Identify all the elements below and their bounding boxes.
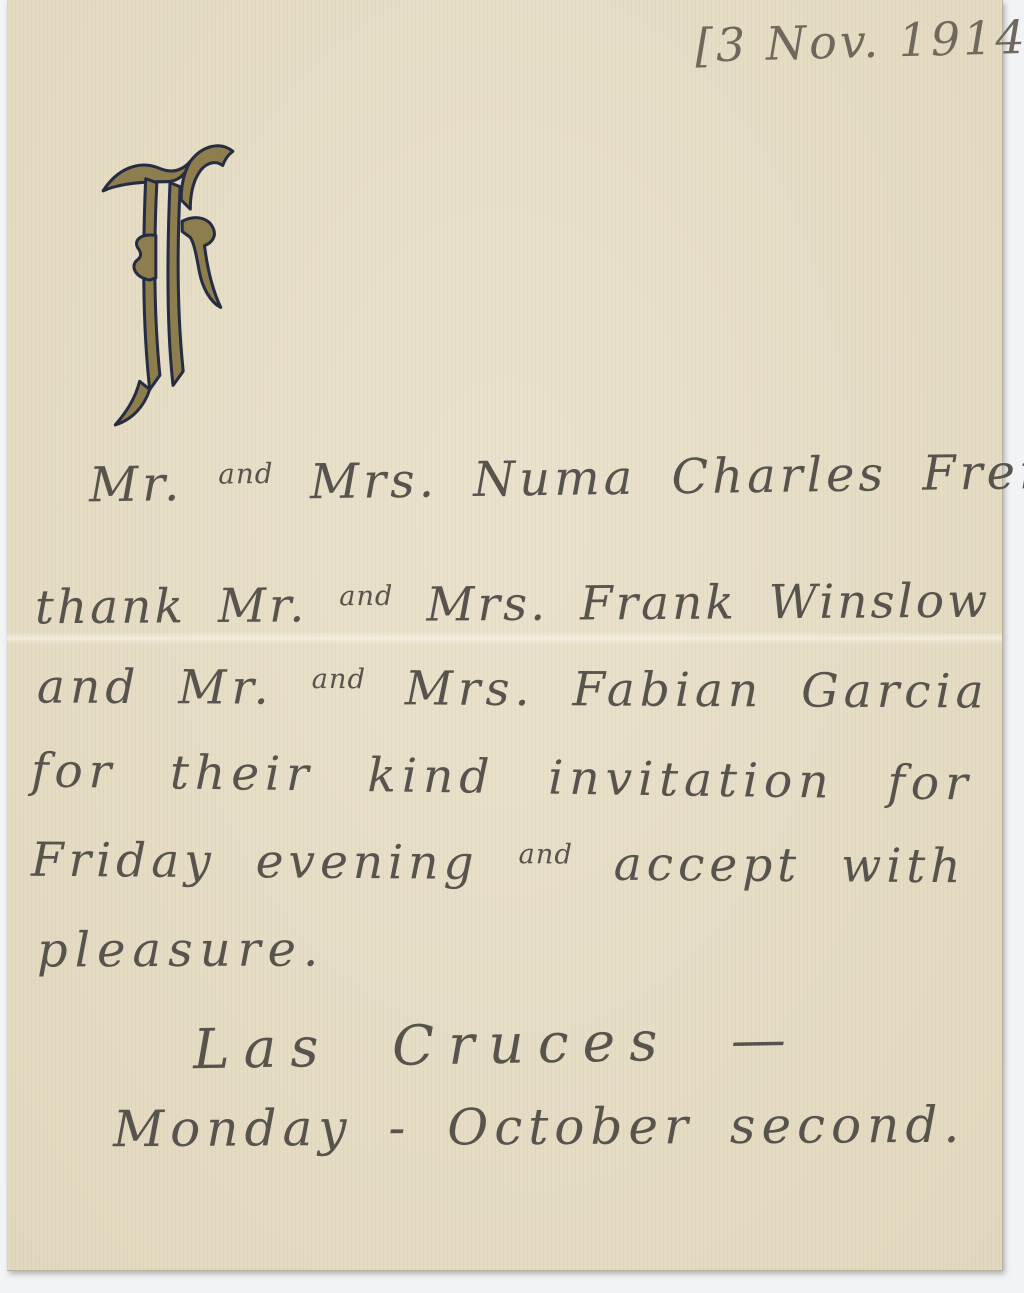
superscript-and: and — [312, 664, 366, 695]
monogram-top-hook-shape — [181, 146, 233, 209]
line-text: Mr. — [89, 456, 184, 513]
archival-date-annotation: [3 Nov. 1914] — [694, 9, 1024, 72]
letter-line: pleasure. — [37, 923, 325, 977]
line-text: for their kind invitation for — [31, 743, 974, 811]
line-text: Monday - October second. — [113, 1096, 966, 1158]
superscript-and: and — [218, 457, 274, 491]
line-text: and Mr. — [37, 660, 274, 716]
monogram-bottom-swash-shape — [115, 381, 149, 425]
line-text: Mrs. Frank Winslow Campbell — [426, 572, 1024, 633]
monogram-left-stem-shape — [144, 179, 160, 390]
superscript-and: and — [518, 839, 572, 870]
letter-line: Mr. and Mrs. Numa Charles Frenger — [89, 445, 1024, 513]
letter-paper: [3 Nov. 1914] Mr. and Mrs — [7, 0, 1003, 1271]
letter-line: Friday evening and accept with — [31, 835, 966, 893]
letter-line: for their kind invitation for — [31, 745, 974, 810]
line-text: thank Mr. — [35, 578, 308, 635]
line-text: pleasure. — [37, 921, 325, 978]
line-text: Mrs. Numa Charles Frenger — [310, 443, 1024, 511]
monogram-right-stem-shape — [168, 183, 183, 386]
letter-line-date: Monday - October second. — [113, 1098, 966, 1157]
line-text: Las Cruces — — [192, 1007, 800, 1082]
letter-line-place: Las Cruces — — [193, 1009, 801, 1080]
gothic-initial-f-monogram — [93, 126, 245, 434]
line-text: Friday evening — [31, 833, 479, 891]
letter-line: and Mr. and Mrs. Fabian Garcia — [37, 662, 989, 719]
line-text: Mrs. Fabian Garcia — [405, 661, 989, 719]
scanned-letter: [3 Nov. 1914] Mr. and Mrs — [0, 0, 1024, 1293]
letter-line: thank Mr. and Mrs. Frank Winslow Campbel… — [35, 574, 1024, 634]
monogram-crossbar-shape — [182, 218, 221, 308]
monogram-left-ornament-shape — [134, 235, 156, 280]
line-text: accept with — [614, 837, 966, 894]
superscript-and: and — [339, 581, 393, 612]
